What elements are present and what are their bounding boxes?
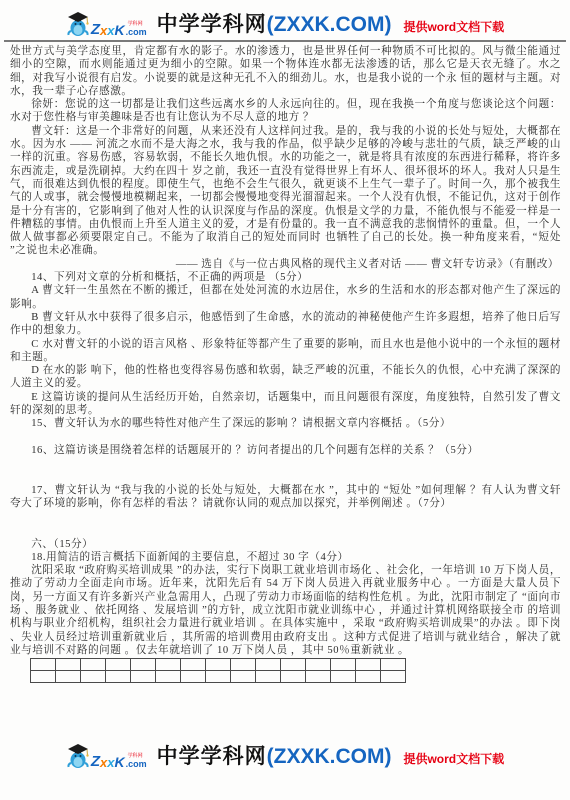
answer-grid-cell[interactable] [381, 671, 406, 683]
answer-grid-cell[interactable] [206, 671, 231, 683]
answer-grid-cell[interactable] [206, 659, 231, 671]
paragraph-1: 徐妍：您说的这一切都是让我们这些远离水乡的人永远向往的。但，现在我换一个角度与您… [10, 98, 561, 125]
answer-grid-cell[interactable] [56, 671, 81, 683]
answer-grid-cell[interactable] [281, 671, 306, 683]
answer-grid-cell[interactable] [131, 671, 156, 683]
answer-grid-cell[interactable] [231, 659, 256, 671]
paragraph-6: B 曹文轩从水中获得了很多启示，他感悟到了生命感，水的流动的神秘使他产生许多遐想… [10, 311, 561, 338]
wordmark-tiny-tag: 学科网 [128, 22, 143, 27]
exam-page: Z x x K 学科网.com 中学学科网(ZXXK.COM) 提供word文档… [0, 0, 570, 800]
answer-grid-cell[interactable] [31, 659, 56, 671]
answer-grid-cell[interactable] [131, 659, 156, 671]
wordmark-letter-k: K [115, 755, 125, 769]
wordmark-com: 学科网.com [126, 760, 147, 769]
site-domain: (ZXXK.COM) [267, 745, 392, 768]
answer-grid-cell[interactable] [281, 659, 306, 671]
paragraph-4: 14、下列对文章的分析和概括，不正确的两项是 （5分） [10, 271, 561, 284]
wordmark-letter-x2: x [107, 756, 114, 769]
site-name: 中学学科网 [157, 13, 267, 36]
answer-grid-cell[interactable] [381, 659, 406, 671]
site-title: 中学学科网(ZXXK.COM) [157, 740, 392, 770]
answer-grid-cell[interactable] [181, 659, 206, 671]
footer-brand-banner: Z x x K 学科网.com 中学学科网(ZXXK.COM) 提供word文档… [0, 736, 570, 774]
answer-grid-cell[interactable] [331, 671, 356, 683]
answer-grid-cell[interactable] [306, 659, 331, 671]
answer-grid-cell[interactable] [256, 659, 281, 671]
zxxk-mascot-icon [66, 742, 90, 769]
zxxk-wordmark: Z x x K 学科网.com [91, 22, 147, 37]
download-tagline: 提供word文档下载 [403, 744, 504, 767]
answer-grid-cell[interactable] [356, 671, 381, 683]
paragraph-3: —— 选自《与一位古典风格的现代主义者对话 —— 曹文轩专访录》（有删改） [10, 258, 561, 271]
answer-grid-cell[interactable] [106, 671, 131, 683]
answer-grid-cell[interactable] [356, 659, 381, 671]
paragraph-11: 16、这篇访谈是围绕着怎样的话题展开的 ？访问者提出的几个问题有怎样的关系 ？（… [10, 444, 561, 457]
site-name: 中学学科网 [157, 745, 267, 768]
wordmark-letter-k: K [115, 23, 125, 37]
answer-grid-cell[interactable] [81, 671, 106, 683]
zxxk-mascot-icon [66, 10, 90, 37]
paragraph-15: 沈阳采取 “政府购买培训成果 ”的办法，实行下岗职工就业培训市场化 、社会化，一… [10, 564, 561, 657]
paragraph-2: 曹文轩：这是一个非常好的问题，从来还没有人这样问过我。是的，我与我的小说的长处与… [10, 125, 561, 258]
zxxk-logo: Z x x K 学科网.com [66, 10, 147, 37]
wordmark-letter-z: Z [91, 754, 100, 769]
answer-grid-row [31, 659, 406, 671]
answer-grid-cell[interactable] [306, 671, 331, 683]
answer-grid-cell[interactable] [56, 659, 81, 671]
paragraph-0: 处世方式与美学态度里，肯定都有水的影子。水的渗透力，也是世界任何一种物质不可比拟… [10, 45, 561, 98]
site-domain: (ZXXK.COM) [267, 13, 392, 36]
answer-grid-row [31, 671, 406, 683]
download-tagline: 提供word文档下载 [403, 12, 504, 35]
answer-grid-cell[interactable] [81, 659, 106, 671]
paragraph-14: 18.用简洁的语言概括下面新闻的主要信息，不超过 30 字（4分） [10, 551, 561, 564]
paragraph-9: E 这篇访谈的提问从生活经历开始，自然亲切，话题集中，而且问题很有深度，角度独特… [10, 391, 561, 418]
answer-grid-cell[interactable] [231, 671, 256, 683]
paragraph-13: 六、（15分） [10, 538, 561, 551]
zxxk-wordmark: Z x x K 学科网.com [91, 754, 147, 769]
document-body: 处世方式与美学态度里，肯定都有水的影子。水的渗透力，也是世界任何一种物质不可比拟… [0, 42, 570, 657]
wordmark-letter-x2: x [107, 24, 114, 37]
zxxk-logo-footer: Z x x K 学科网.com [66, 742, 147, 769]
paragraph-12: 17、曹文轩认为 “我与我的小说的长处与短处，大概都在水 ”，其中的 “短处 ”… [10, 484, 561, 511]
site-title: 中学学科网(ZXXK.COM) [157, 8, 392, 38]
wordmark-letter-z: Z [91, 22, 100, 37]
answer-grid-cell[interactable] [331, 659, 356, 671]
paragraph-5: A 曹文轩一生虽然在不断的搬迁，但都在处处河流的水边居住，水乡的生活和水的形态都… [10, 284, 561, 311]
answer-grid-cell[interactable] [106, 659, 131, 671]
wordmark-com: 学科网.com [126, 28, 147, 37]
paragraph-7: C 水对曹文轩的小说的语言风格 、形象特征等都产生了重要的影响，而且水也是他小说… [10, 338, 561, 365]
answer-grid-cell[interactable] [31, 671, 56, 683]
paragraph-8: D 在水的影 响下，他的性格也变得容易伤感和软弱，缺乏严峻的沉重，不能长久的仇恨… [10, 364, 561, 391]
header-brand-banner: Z x x K 学科网.com 中学学科网(ZXXK.COM) 提供word文档… [0, 0, 570, 38]
answer-grid-cell[interactable] [181, 671, 206, 683]
wordmark-tiny-tag: 学科网 [128, 754, 143, 759]
answer-grid-cell[interactable] [256, 671, 281, 683]
answer-grid-cell[interactable] [156, 659, 181, 671]
answer-grid-cell[interactable] [156, 671, 181, 683]
paragraph-10: 15、曹文轩认为水的哪些特性对他产生了深远的影响 ？请根据文章内容概括 。（5分… [10, 417, 561, 430]
answer-grid [30, 658, 406, 683]
